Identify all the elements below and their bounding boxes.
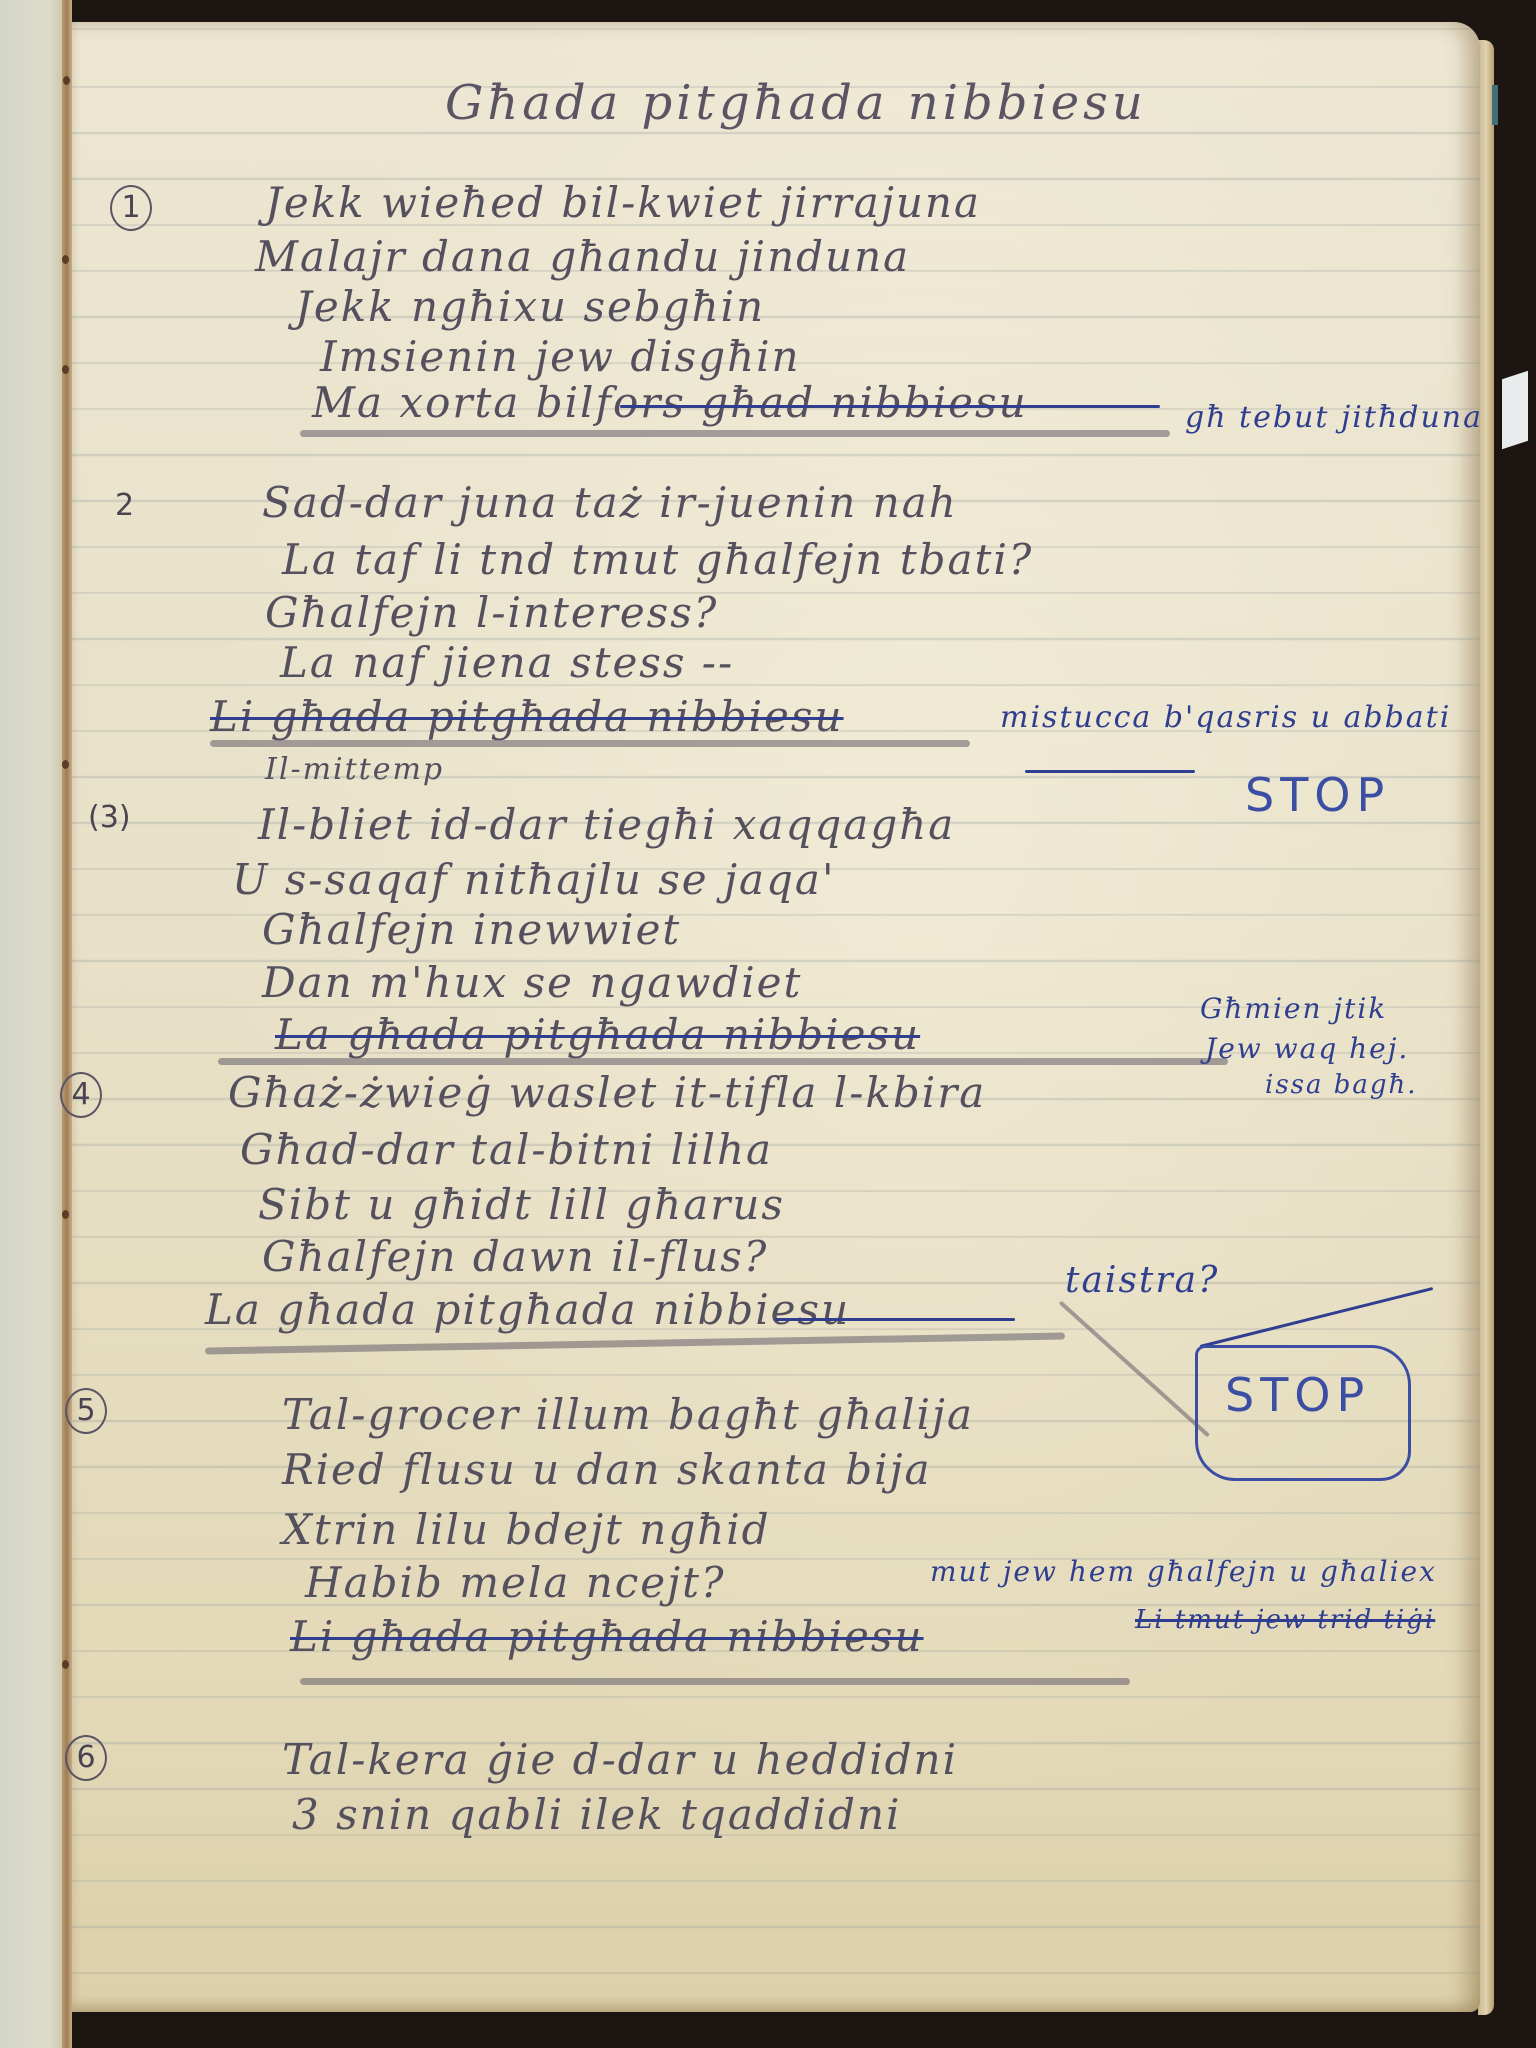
binding-stitch (62, 365, 69, 374)
stanza-number: (3) (88, 800, 131, 835)
binding-stitch (62, 1210, 69, 1219)
verse-line: Għad-dar tal-bitni lilha (240, 1125, 773, 1174)
verse-line: Il-bliet id-dar tiegħi xaqqagħa (258, 800, 955, 849)
margin-note: mistucca b'qasris u abbati (1000, 700, 1451, 735)
stop-mark: STOP (1245, 768, 1390, 822)
page-title: Għada pitgħada nibbiesu (445, 75, 1147, 131)
refrain-line: Li għada pitgħada nibbiesu (290, 1612, 924, 1661)
verse-line: Sibt u għidt lill għarus (258, 1180, 785, 1229)
pencil-underline (300, 430, 1170, 437)
verse-line: Tal-kera ġie d-dar u heddidni (282, 1735, 958, 1784)
verse-line: Habib mela ncejt? (305, 1558, 726, 1607)
stanza-number: 6 (65, 1735, 107, 1781)
verse-line: Xtrin lilu bdejt ngħid (282, 1505, 771, 1554)
verse-line: Għalfejn dawn il-flus? (262, 1232, 768, 1281)
margin-note-line: Jew waq hej. (1205, 1032, 1409, 1065)
margin-note: taistra? (1065, 1260, 1219, 1301)
ink-dash (1025, 770, 1195, 773)
refrain-line: Li għada pitgħada nibbiesu (210, 692, 844, 741)
insertion-note: Il-mittemp (265, 752, 444, 787)
verse-line: Għalfejn inewwiet (262, 905, 681, 954)
pencil-underline (300, 1678, 1130, 1685)
ink-strikethrough (620, 405, 1160, 408)
stanza-number: 1 (110, 185, 152, 231)
left-facing-page (0, 0, 70, 2048)
margin-note: mut jew hem għalfejn u għaliex (930, 1555, 1437, 1588)
verse-line: Jekk wieħed bil-kwiet jirrajuna (265, 178, 981, 227)
page-stack-edge (1478, 40, 1494, 2015)
verse-line: U s-saqaf nitħajlu se jaqa' (232, 855, 836, 904)
margin-note: għ tebut jitħduna (1185, 400, 1483, 435)
verse-line: La taf li tnd tmut għalfejn tbati? (282, 535, 1033, 584)
binding-stitch (62, 760, 69, 769)
verse-line: La naf jiena stess -- (280, 638, 734, 687)
verse-line: Għalfejn l-interess? (265, 588, 718, 637)
binding-stitch (62, 1660, 69, 1669)
stanza-number: 4 (60, 1072, 102, 1118)
verse-line: Tal-grocer illum bagħt għalija (282, 1390, 974, 1439)
refrain-line: La għada pitgħada nibbiesu (275, 1010, 920, 1059)
stop-mark: STOP (1225, 1368, 1370, 1422)
pencil-underline (218, 1058, 1228, 1065)
verse-line: Sad-dar juna taż ir-juenin nah (262, 478, 958, 527)
verse-line: Dan m'hux se ngawdiet (262, 958, 802, 1007)
stanza-number: 2 (115, 488, 134, 523)
ink-strikethrough (775, 1318, 1015, 1321)
verse-line: Imsienin jew disgħin (320, 332, 801, 381)
margin-note-line: issa bagħ. (1265, 1070, 1418, 1100)
verse-line: Ried flusu u dan skanta bija (282, 1445, 932, 1494)
refrain-line: La għada pitgħada nibbiesu (205, 1285, 850, 1334)
verse-line-revised: Ma xorta bilfors għad nibbiesu (312, 378, 1028, 427)
verse-line: 3 snin qabli ilek tqaddidni (292, 1790, 901, 1839)
paper-slip (1502, 371, 1528, 449)
stanza-number: 5 (65, 1388, 107, 1434)
verse-line: Għaż-żwieġ waslet it-tifla l-kbira (228, 1068, 986, 1117)
margin-note-line: Għmien jtik (1200, 992, 1387, 1025)
binding-stitch (62, 255, 69, 264)
verse-line: Jekk ngħixu sebgħin (295, 282, 765, 331)
stanza-number-value: 3 (100, 800, 119, 835)
margin-note-struck: Li tmut jew trid tiġi (1135, 1605, 1435, 1635)
bookmark-tab (1492, 85, 1498, 125)
verse-line: Malajr dana għandu jinduna (255, 232, 910, 281)
pencil-underline (210, 740, 970, 747)
binding-stitch (63, 76, 70, 85)
